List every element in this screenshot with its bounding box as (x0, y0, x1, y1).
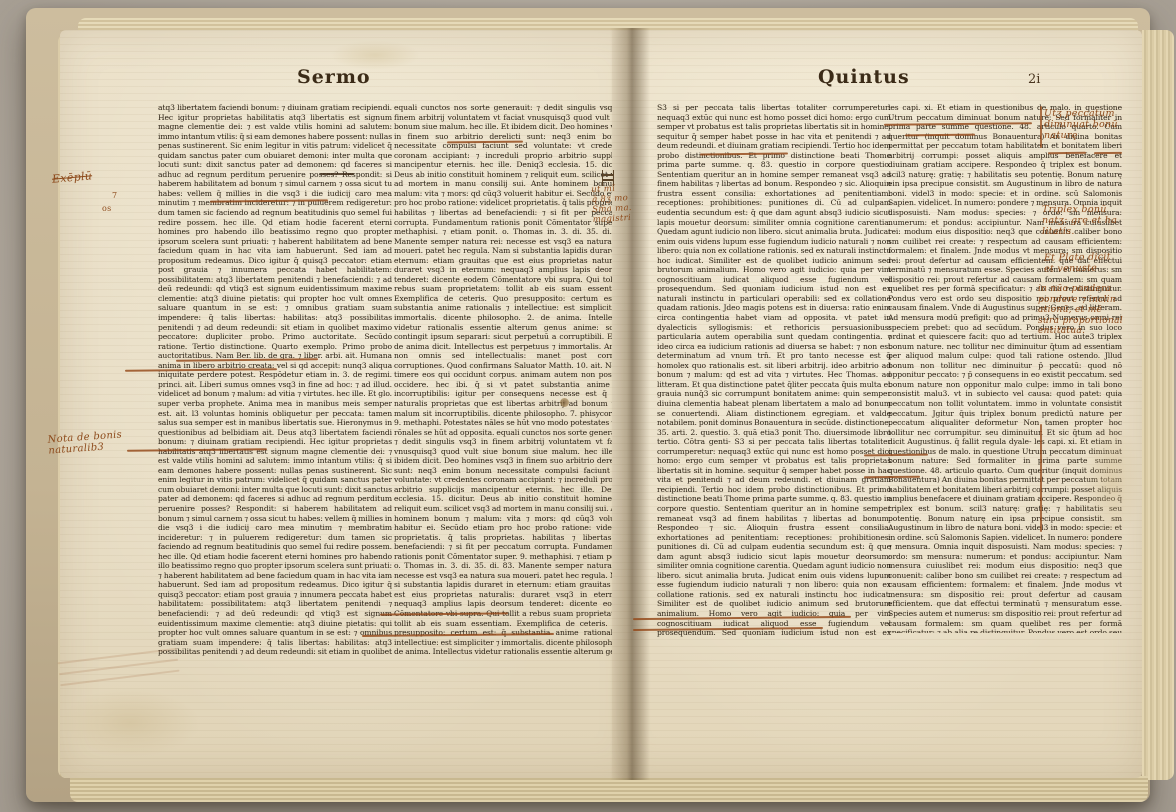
right-page-column-1: S3 si per peccata talis libertas totalit… (657, 103, 891, 639)
right-page-column-2: les capi. xi. Et etiam in questionibus d… (888, 103, 1122, 633)
page-edges-right (1142, 30, 1174, 780)
left-page-column-2: equali cunctos nos sorte generauit: ⁊ de… (394, 103, 628, 657)
left-page: atq3 libertatem faciendi bonum: ⁊ diuina… (60, 30, 638, 778)
right-page: S3 si per peccata talis libertas totalit… (612, 30, 1142, 778)
book: atq3 libertatem faciendi bonum: ⁊ diuina… (26, 8, 1150, 802)
left-page-column-1: atq3 libertatem faciendi bonum: ⁊ diuina… (158, 103, 392, 657)
page-edges-bottom (70, 776, 1148, 802)
